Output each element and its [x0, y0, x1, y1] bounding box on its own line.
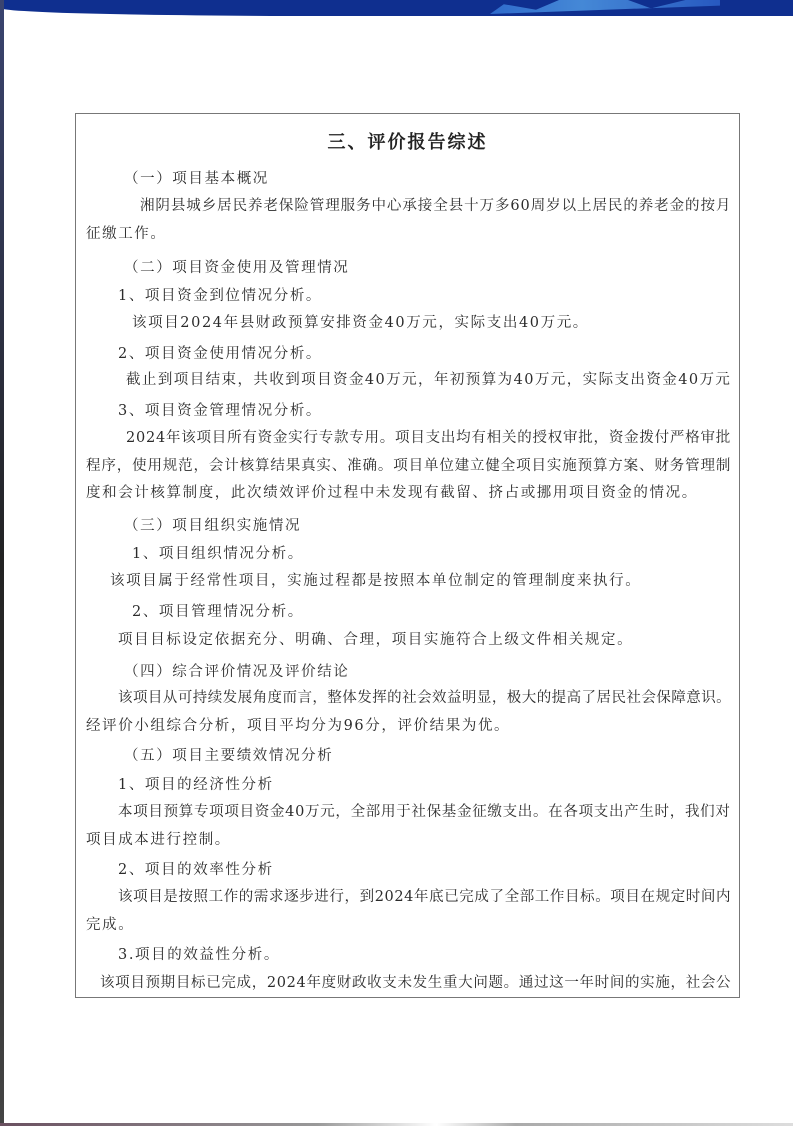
- text-line: 度和会计核算制度，此次绩效评价过程中未发现有截留、挤占或挪用项目资金的情况。: [86, 481, 698, 502]
- text-line: 该项目属于经常性项目，实施过程都是按照本单位制定的管理制度来执行。: [110, 569, 641, 590]
- text-line: 湘阴县城乡居民养老保险管理服务中心承接全县十万多60周岁以上居民的养老金的按月: [140, 194, 731, 215]
- text-line: 2、项目管理情况分析。: [132, 600, 304, 621]
- text-line: （三）项目组织实施情况: [124, 514, 301, 535]
- text-line: 征缴工作。: [86, 222, 167, 243]
- text-line: （五）项目主要绩效情况分析: [124, 744, 333, 765]
- text-line: 2、项目资金使用情况分析。: [118, 342, 322, 363]
- section-title: 三、评价报告综述: [76, 128, 739, 154]
- text-line: 程序，使用规范，会计核算结果真实、准确。项目单位建立健全项目实施预算方案、财务管…: [86, 454, 731, 475]
- text-line: 完成。: [86, 913, 134, 934]
- text-line: 1、项目的经济性分析: [118, 773, 274, 794]
- text-line: （二）项目资金使用及管理情况: [124, 256, 349, 277]
- top-blue-banner: [0, 0, 793, 16]
- text-line: 3.项目的效益性分析。: [118, 943, 280, 964]
- text-line: 该项目2024年县财政预算安排资金40万元，实际支出40万元。: [132, 311, 589, 332]
- text-line: （四）综合评价情况及评价结论: [124, 660, 349, 681]
- text-line: 1、项目资金到位情况分析。: [118, 284, 322, 305]
- text-line: 该项目从可持续发展角度而言，整体发挥的社会效益明显，极大的提高了居民社会保障意识…: [118, 686, 731, 707]
- text-line: 截止到项目结束，共收到项目资金40万元，年初预算为40万元，实际支出资金40万元: [126, 368, 731, 389]
- text-line: （一）项目基本概况: [124, 167, 269, 188]
- text-line: 项目目标设定依据充分、明确、合理，项目实施符合上级文件相关规定。: [118, 628, 633, 649]
- text-line: 本项目预算专项项目资金40万元，全部用于社保基金征缴支出。在各项支出产生时，我们…: [118, 800, 731, 821]
- text-line: 2024年该项目所有资金实行专款专用。项目支出均有相关的授权审批，资金拨付严格审…: [126, 426, 731, 447]
- text-line: 该项目预期目标已完成，2024年度财政收支未发生重大问题。通过这一年时间的实施，…: [100, 971, 731, 992]
- text-line: 3、项目资金管理情况分析。: [118, 399, 322, 420]
- report-frame: 三、评价报告综述 （一）项目基本概况湘阴县城乡居民养老保险管理服务中心承接全县十…: [75, 113, 740, 998]
- text-line: 项目成本进行控制。: [86, 828, 231, 849]
- page-left-edge: [0, 0, 4, 1126]
- text-line: 2、项目的效率性分析: [118, 858, 274, 879]
- text-line: 该项目是按照工作的需求逐步进行，到2024年底已完成了全部工作目标。项目在规定时…: [118, 885, 731, 906]
- text-line: 经评价小组综合分析，项目平均分为96分，评价结果为优。: [86, 714, 510, 735]
- text-line: 1、项目组织情况分析。: [132, 542, 304, 563]
